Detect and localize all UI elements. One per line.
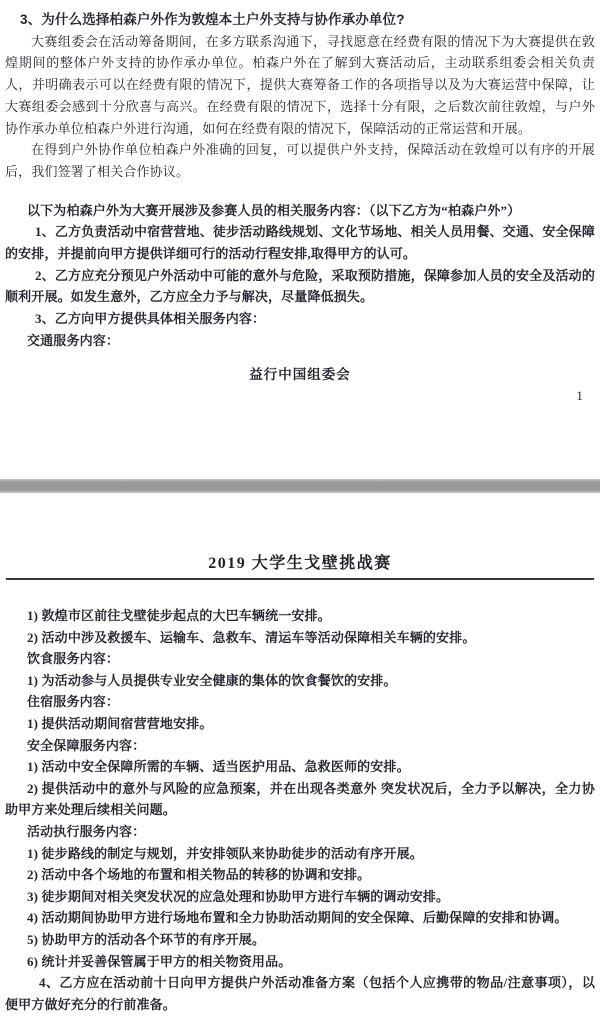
service-item: 3) 徒步期间对相关突发状况的应急处理和协助甲方进行车辆的调动安排。 <box>5 886 595 908</box>
page2-title: 2019 大学生戈壁挑战赛 <box>5 554 595 574</box>
service-label-catering: 饮食服务内容： <box>5 648 595 670</box>
service-items-list: 1) 敦煌市区前往戈壁徒步起点的大巴车辆统一安排。 2) 活动中涉及救援车、运输… <box>5 605 595 1015</box>
service-item: 5) 协助甲方的活动各个环节的有序开展。 <box>5 929 595 951</box>
title-rule <box>6 578 594 580</box>
service-item: 1) 徒步路线的制定与规划，并安排领队来协助徒步的活动有序开展。 <box>5 843 595 865</box>
service-item: 1) 为活动参与人员提供专业安全健康的集体的饮食餐饮的安排。 <box>5 670 595 692</box>
service-item: 1) 提供活动期间宿营营地安排。 <box>5 713 595 735</box>
organizer-signature: 益行中国组委会 <box>5 364 595 386</box>
service-item: 2) 活动中各个场地的布置和相关物品的转移的协调和安排。 <box>5 864 595 886</box>
service-item: 2) 活动中涉及救援车、运输车、急救车、清运车等活动保障相关车辆的安排。 <box>5 627 595 649</box>
page-divider <box>0 479 600 493</box>
page-number: 1 <box>5 385 595 407</box>
contract-clause-2: 2、乙方应充分预见户外活动中可能的意外与危险，采取预防措施，保障参加人员的安全及… <box>5 265 595 308</box>
contract-clause-1: 1、乙方负责活动中宿营营地、徒步活动路线规划、文化节场地、相关人员用餐、交通、安… <box>5 221 595 264</box>
service-item: 1) 敦煌市区前往戈壁徒步起点的大巴车辆统一安排。 <box>5 605 595 627</box>
contract-clause-3: 3、乙方向甲方提供具体相关服务内容： <box>5 308 595 330</box>
section-heading: 3、为什么选择柏森户外作为敦煌本土户外支持与协作承办单位? <box>5 9 595 31</box>
page-1: 3、为什么选择柏森户外作为敦煌本土户外支持与协作承办单位? 大赛组委会在活动筹备… <box>0 0 600 479</box>
intro-paragraph: 大赛组委会在活动筹备期间，在多方联系沟通下，寻找愿意在经费有限的情况下为大赛提供… <box>5 31 595 140</box>
service-label-lodging: 住宿服务内容： <box>5 691 595 713</box>
contract-intro: 以下为柏森户外为大赛开展涉及参赛人员的相关服务内容：（以下乙方为“柏森户外”） <box>5 200 595 222</box>
page-2: 2019 大学生戈壁挑战赛 1) 敦煌市区前往戈壁徒步起点的大巴车辆统一安排。 … <box>0 493 600 1026</box>
service-label-execution: 活动执行服务内容： <box>5 821 595 843</box>
contract-clause-4: 4、乙方应在活动前十日向甲方提供户外活动准备方案（包括个人应携带的物品/注意事项… <box>5 972 595 1015</box>
service-label-safety: 安全保障服务内容： <box>5 735 595 757</box>
service-item: 4) 活动期间协助甲方进行场地布置和全力协助活动期间的安全保障、后勤保障的安排和… <box>5 907 595 929</box>
intro-paragraph: 在得到户外协作单位柏森户外准确的回复，可以提供户外支持，保障活动在敦煌可以有序的… <box>5 139 595 182</box>
service-item: 6) 统计并妥善保管属于甲方的相关物资用品。 <box>5 951 595 973</box>
service-item: 2) 提供活动中的意外与风险的应急预案，并在出现各类意外 突发状况后，全力予以解… <box>5 778 595 821</box>
transport-services-label: 交通服务内容： <box>5 330 595 352</box>
service-item: 1) 活动中安全保障所需的车辆、适当医护用品、急救医师的安排。 <box>5 756 595 778</box>
